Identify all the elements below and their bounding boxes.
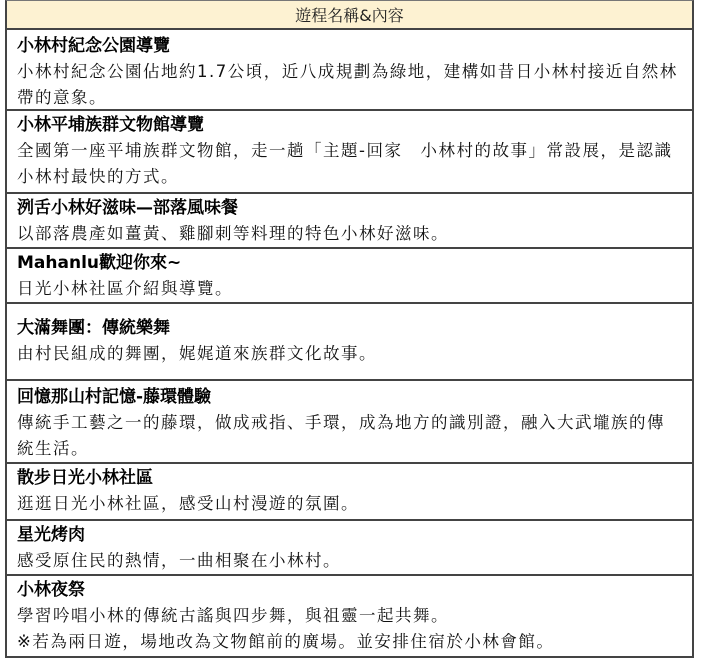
table-row: 小林夜祭 學習吟唱小林的傳統古謠與四步舞，與祖靈一起共舞。 ※若為兩日遊，場地改…	[7, 576, 692, 656]
row-description: 傳統手工藝之一的藤環，做成戒指、手環，成為地方的識別證，融入大武壠族的傳統生活。	[17, 410, 682, 462]
row-title: 星光烤肉	[17, 523, 682, 548]
row-title: Mahanlu歡迎你來~	[17, 251, 682, 276]
row-description: 日光小林社區介紹與導覽。	[17, 276, 682, 302]
row-description: 全國第一座平埔族群文物館，走一趟「主題-回家 小林村的故事」常設展，是認識小林村…	[17, 138, 682, 190]
row-description: 感受原住民的熱情，一曲相聚在小林村。	[17, 548, 682, 574]
table-row: 散步日光小林社區 逛逛日光小林社區，感受山村漫遊的氛圍。	[7, 464, 692, 521]
row-note: ※若為兩日遊，場地改為文物館前的廣場。並安排住宿於小林會館。	[17, 629, 682, 655]
row-title: 回憶那山村記憶-藤環體驗	[17, 385, 682, 410]
row-description: 逛逛日光小林社區，感受山村漫遊的氛圍。	[17, 491, 682, 517]
table-row: 小林村紀念公園導覽 小林村紀念公園佔地約1.7公頃，近八成規劃為綠地，建構如昔日…	[7, 30, 692, 111]
row-title: 大滿舞團：傳統樂舞	[17, 316, 682, 341]
table-row: 回憶那山村記憶-藤環體驗 傳統手工藝之一的藤環，做成戒指、手環，成為地方的識別證…	[7, 381, 692, 464]
itinerary-table: 遊程名稱&內容 小林村紀念公園導覽 小林村紀念公園佔地約1.7公頃，近八成規劃為…	[5, 0, 694, 658]
row-title: 洌舌小林好滋味—部落風味餐	[17, 196, 682, 221]
table-row: 小林平埔族群文物館導覽 全國第一座平埔族群文物館，走一趟「主題-回家 小林村的故…	[7, 111, 692, 194]
table-row: Mahanlu歡迎你來~ 日光小林社區介紹與導覽。	[7, 249, 692, 304]
row-title: 小林夜祭	[17, 578, 682, 603]
row-title: 小林村紀念公園導覽	[17, 34, 682, 59]
row-description: 由村民組成的舞團，娓娓道來族群文化故事。	[17, 341, 682, 367]
row-title: 散步日光小林社區	[17, 466, 682, 491]
row-title: 小林平埔族群文物館導覽	[17, 113, 682, 138]
table-row: 星光烤肉 感受原住民的熱情，一曲相聚在小林村。	[7, 521, 692, 576]
row-description: 小林村紀念公園佔地約1.7公頃，近八成規劃為綠地，建構如昔日小林村接近自然林帶的…	[17, 59, 682, 111]
row-description: 學習吟唱小林的傳統古謠與四步舞，與祖靈一起共舞。	[17, 603, 682, 629]
row-description: 以部落農產如薑黃、雞腳刺等料理的特色小林好滋味。	[17, 221, 682, 247]
table-row: 洌舌小林好滋味—部落風味餐 以部落農產如薑黃、雞腳刺等料理的特色小林好滋味。	[7, 194, 692, 249]
table-row: 大滿舞團：傳統樂舞 由村民組成的舞團，娓娓道來族群文化故事。	[7, 304, 692, 381]
table-header: 遊程名稱&內容	[7, 1, 692, 30]
